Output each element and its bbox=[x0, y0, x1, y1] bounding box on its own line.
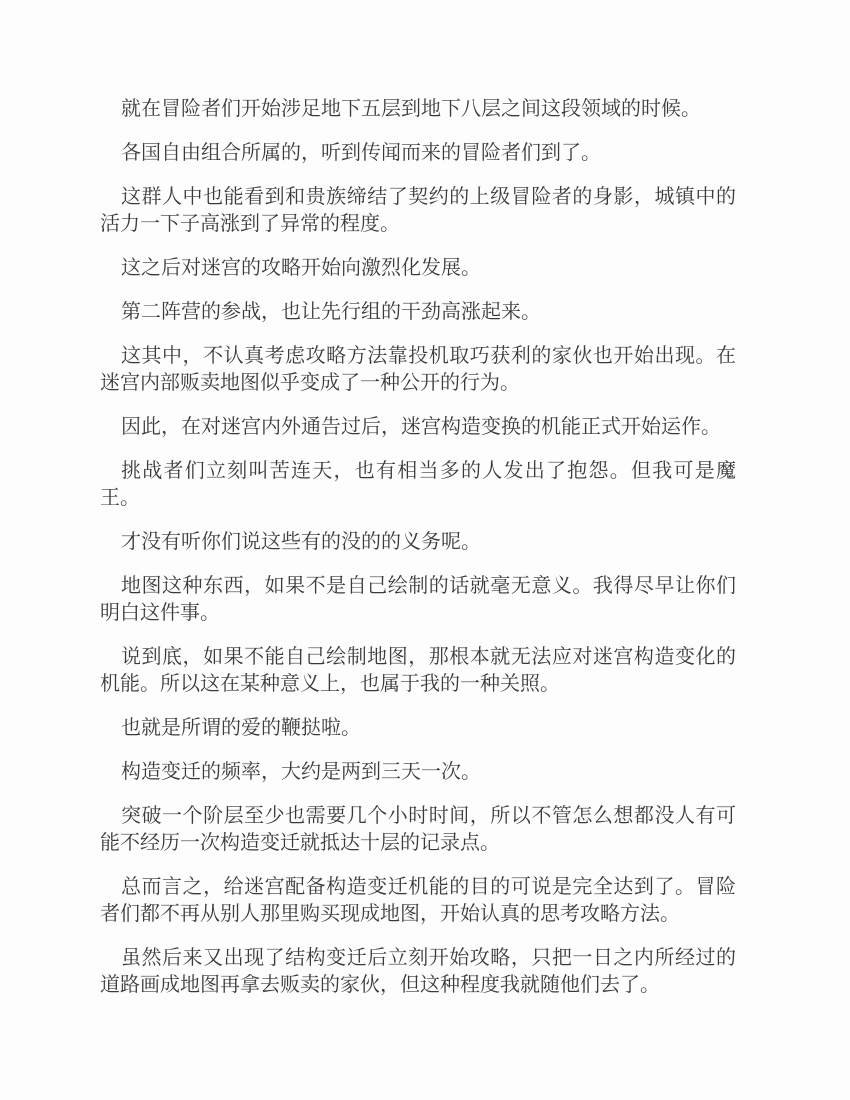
novel-text-body: 就在冒险者们开始涉足地下五层到地下八层之间这段领域的时候。各国自由组合所属的，听… bbox=[100, 96, 736, 999]
paragraph: 构造变迁的频率，大约是两到三天一次。 bbox=[100, 759, 736, 786]
paragraph: 突破一个阶层至少也需要几个小时时间，所以不管怎么想都没人有可能不经历一次构造变迁… bbox=[100, 803, 736, 857]
paragraph: 这群人中也能看到和贵族缔结了契约的上级冒险者的身影，城镇中的活力一下子高涨到了异… bbox=[100, 184, 736, 238]
paragraph: 挑战者们立刻叫苦连天，也有相当多的人发出了抱怨。但我可是魔王。 bbox=[100, 458, 736, 512]
paragraph: 虽然后来又出现了结构变迁后立刻开始攻略，只把一日之内所经过的道路画成地图再拿去贩… bbox=[100, 945, 736, 999]
reader-page: 就在冒险者们开始涉足地下五层到地下八层之间这段领域的时候。各国自由组合所属的，听… bbox=[0, 0, 850, 1100]
paragraph: 才没有听你们说这些有的没的的义务呢。 bbox=[100, 529, 736, 556]
paragraph: 这之后对迷宫的攻略开始向激烈化发展。 bbox=[100, 255, 736, 282]
paragraph: 也就是所谓的爱的鞭挞啦。 bbox=[100, 715, 736, 742]
paragraph: 这其中，不认真考虑攻略方法靠投机取巧获利的家伙也开始出现。在迷宫内部贩卖地图似乎… bbox=[100, 343, 736, 397]
paragraph: 总而言之，给迷宫配备构造变迁机能的目的可说是完全达到了。冒险者们都不再从别人那里… bbox=[100, 874, 736, 928]
paragraph: 各国自由组合所属的，听到传闻而来的冒险者们到了。 bbox=[100, 140, 736, 167]
paragraph: 第二阵营的参战，也让先行组的干劲高涨起来。 bbox=[100, 299, 736, 326]
paragraph: 因此，在对迷宫内外通告过后，迷宫构造变换的机能正式开始运作。 bbox=[100, 414, 736, 441]
paragraph: 就在冒险者们开始涉足地下五层到地下八层之间这段领域的时候。 bbox=[100, 96, 736, 123]
paragraph: 地图这种东西，如果不是自己绘制的话就毫无意义。我得尽早让你们明白这件事。 bbox=[100, 573, 736, 627]
paragraph: 说到底，如果不能自己绘制地图，那根本就无法应对迷宫构造变化的机能。所以这在某种意… bbox=[100, 644, 736, 698]
